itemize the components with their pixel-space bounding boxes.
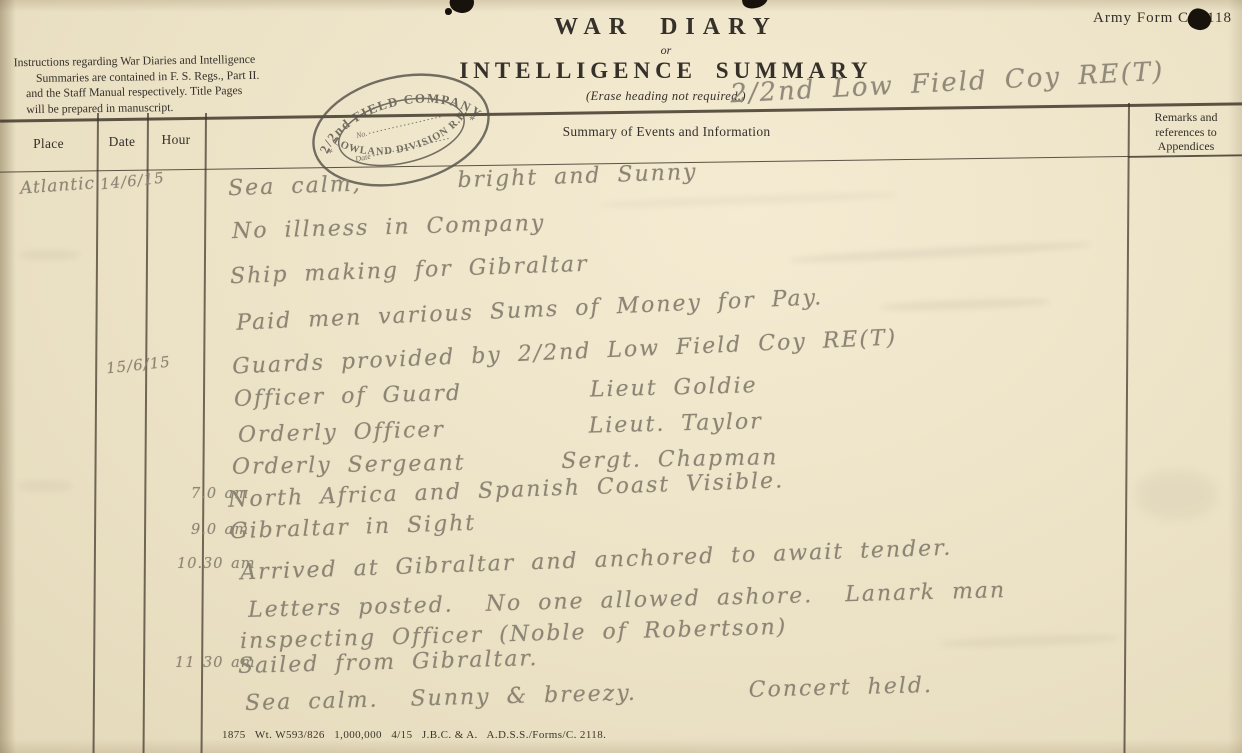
diary-line: Letters posted. No one allowed ashore. L…: [248, 578, 1007, 623]
diary-line: Orderly Officer Lieut. Taylor: [238, 409, 763, 448]
column-header-place: Place: [0, 136, 97, 152]
ghost-smudge: [20, 250, 80, 260]
diary-line: Sea calm. Sunny & breezy. Concert held.: [245, 673, 933, 716]
remarks-header-line: Remarks and: [1130, 110, 1242, 125]
remarks-bottom-rule: [1128, 155, 1242, 158]
date-value: 14/6/15: [99, 169, 165, 194]
diary-line: Arrived at Gibraltar and anchored to awa…: [240, 536, 953, 586]
ghost-smudge: [940, 633, 1120, 649]
column-header-hour: Hour: [147, 132, 205, 148]
column-rule-place: [93, 113, 99, 753]
column-rule-remarks: [1123, 103, 1129, 753]
ink-blot: [445, 8, 452, 15]
diary-line: Ship making for Gibraltar: [230, 252, 589, 290]
instructions-note: Instructions regarding War Diaries and I…: [14, 51, 335, 117]
printer-imprint: 1875 Wt. W593/826 1,000,000 4/15 J.B.C. …: [222, 729, 606, 741]
column-rule-date: [143, 113, 149, 753]
diary-line: Paid men various Sums of Money for Pay.: [236, 285, 824, 336]
ghost-smudge: [880, 297, 1050, 312]
ghost-smudge: [18, 480, 73, 492]
column-header-date: Date: [97, 134, 147, 150]
diary-line: Officer of Guard Lieut Goldie: [234, 373, 758, 412]
remarks-header-line: Appendices: [1130, 139, 1242, 154]
diary-line: Guards provided by 2/2nd Low Field Coy R…: [232, 325, 898, 379]
form-title: WAR DIARY: [416, 14, 916, 41]
form-title-or: or: [416, 43, 916, 57]
ghost-smudge: [1136, 470, 1216, 520]
diary-line: Gibraltar in Sight: [230, 511, 477, 545]
stamp-no-label: No.: [354, 129, 368, 141]
diary-line: No illness in Company: [232, 211, 546, 244]
war-diary-scan: Army Form C. 2118 WAR DIARY or INTELLIGE…: [0, 0, 1242, 753]
ink-blot: [741, 0, 770, 10]
ghost-smudge: [600, 191, 900, 209]
date-value: 15/6/15: [105, 353, 171, 378]
place-value: Atlantic: [19, 173, 95, 198]
remarks-header-line: references to: [1130, 125, 1242, 140]
column-header-remarks: Remarks and references to Appendices: [1130, 110, 1242, 154]
ghost-smudge: [790, 240, 1090, 265]
